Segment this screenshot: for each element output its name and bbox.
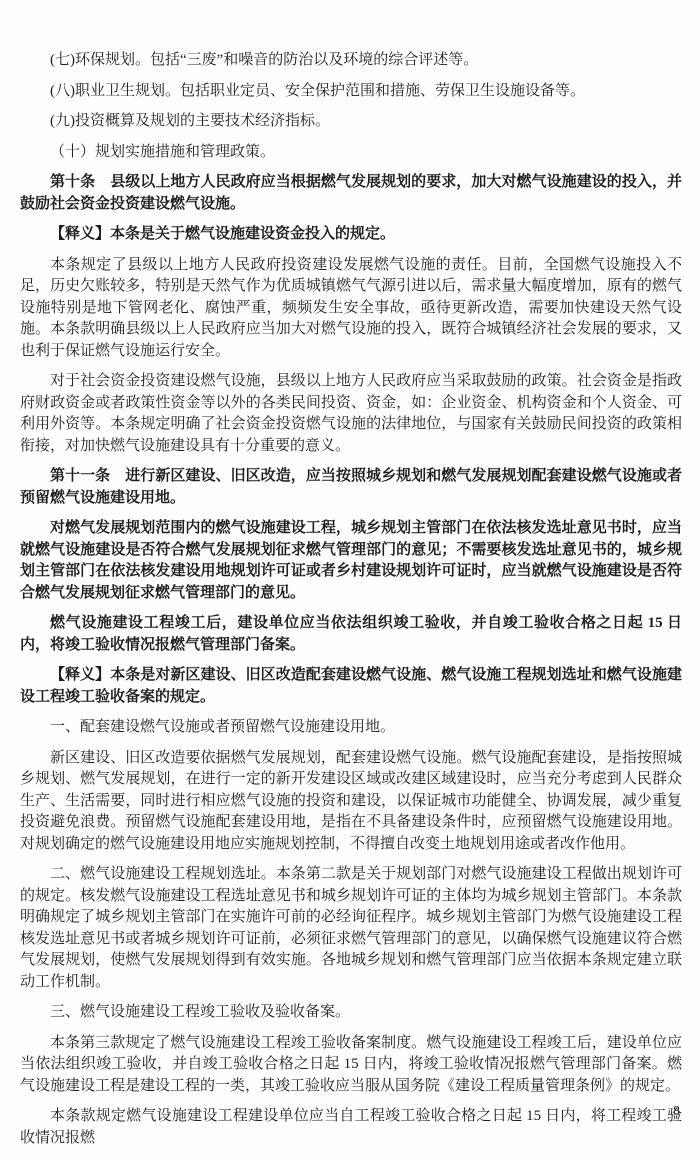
- interpretation-subheading-1: 一、配套建设燃气设施或者预留燃气设施建设用地。: [20, 717, 682, 739]
- article-11-clause-1: 第十一条 进行新区建设、旧区改造，应当按照城乡规划和燃气发展规划配套建设燃气设施…: [20, 466, 682, 509]
- interpretation-paragraph-2-body: 二、燃气设施建设工程规划选址。本条第二款是关于规划部门对燃气设施建设工程做出规划…: [20, 864, 682, 993]
- interpretation-paragraph-1-body: 新区建设、旧区改造要依据燃气发展规划，配套建设燃气设施。燃气设施配套建设，是指按…: [20, 748, 682, 856]
- interpretation-paragraph-3-continued: 本条款规定燃气设施建设工程建设单位应当自工程竣工验收合格之日起 15 日内，将工…: [20, 1106, 682, 1149]
- list-item-8-occupational-health-plan: (八)职业卫生规划。包括职业定员、安全保护范围和措施、劳保卫生设施设备等。: [20, 81, 682, 103]
- list-item-9-investment-estimate: (九)投资概算及规划的主要技术经济指标。: [20, 111, 682, 133]
- interpretation-subheading-3: 三、燃气设施建设工程竣工验收及验收备案。: [20, 1002, 682, 1024]
- article-11-clause-2: 对燃气发展规划范围内的燃气设施建设工程，城乡规划主管部门在依法核发选址意见书时，…: [20, 518, 682, 604]
- article-11-interpretation-heading: 【释义】本条是对新区建设、旧区改造配套建设燃气设施、燃气设施工程规划选址和燃气设…: [20, 665, 682, 708]
- article-11-clause-3: 燃气设施建设工程竣工后，建设单位应当依法组织竣工验收，并自竣工验收合格之日起 1…: [20, 613, 682, 656]
- interpretation-paragraph-3-body: 本条第三款规定了燃气设施建设工程竣工验收备案制度。燃气设施建设工程竣工后，建设单…: [20, 1033, 682, 1098]
- article-10-interpretation-paragraph-2: 对于社会资金投资建设燃气设施，县级以上地方人民政府应当采取鼓励的政策。社会资金是…: [20, 371, 682, 457]
- article-10-interpretation-paragraph-1: 本条规定了县级以上地方人民政府投资建设发展燃气设施的责任。目前，全国燃气设施投入…: [20, 255, 682, 363]
- document-page: (七)环保规划。包括“三废”和噪音的防治以及环境的综合评述等。 (八)职业卫生规…: [0, 0, 700, 1160]
- list-item-10-implementation-policy: （十）规划实施措施和管理政策。: [20, 142, 682, 164]
- document-body: (七)环保规划。包括“三废”和噪音的防治以及环境的综合评述等。 (八)职业卫生规…: [0, 0, 700, 1149]
- article-10-clause: 第十条 县级以上地方人民政府应当根据燃气发展规划的要求，加大对燃气设施建设的投入…: [20, 172, 682, 215]
- page-number: 8: [673, 1102, 680, 1122]
- article-10-interpretation-heading: 【释义】本条是关于燃气设施建设资金投入的规定。: [20, 224, 682, 246]
- list-item-7-environment-plan: (七)环保规划。包括“三废”和噪音的防治以及环境的综合评述等。: [20, 50, 682, 72]
